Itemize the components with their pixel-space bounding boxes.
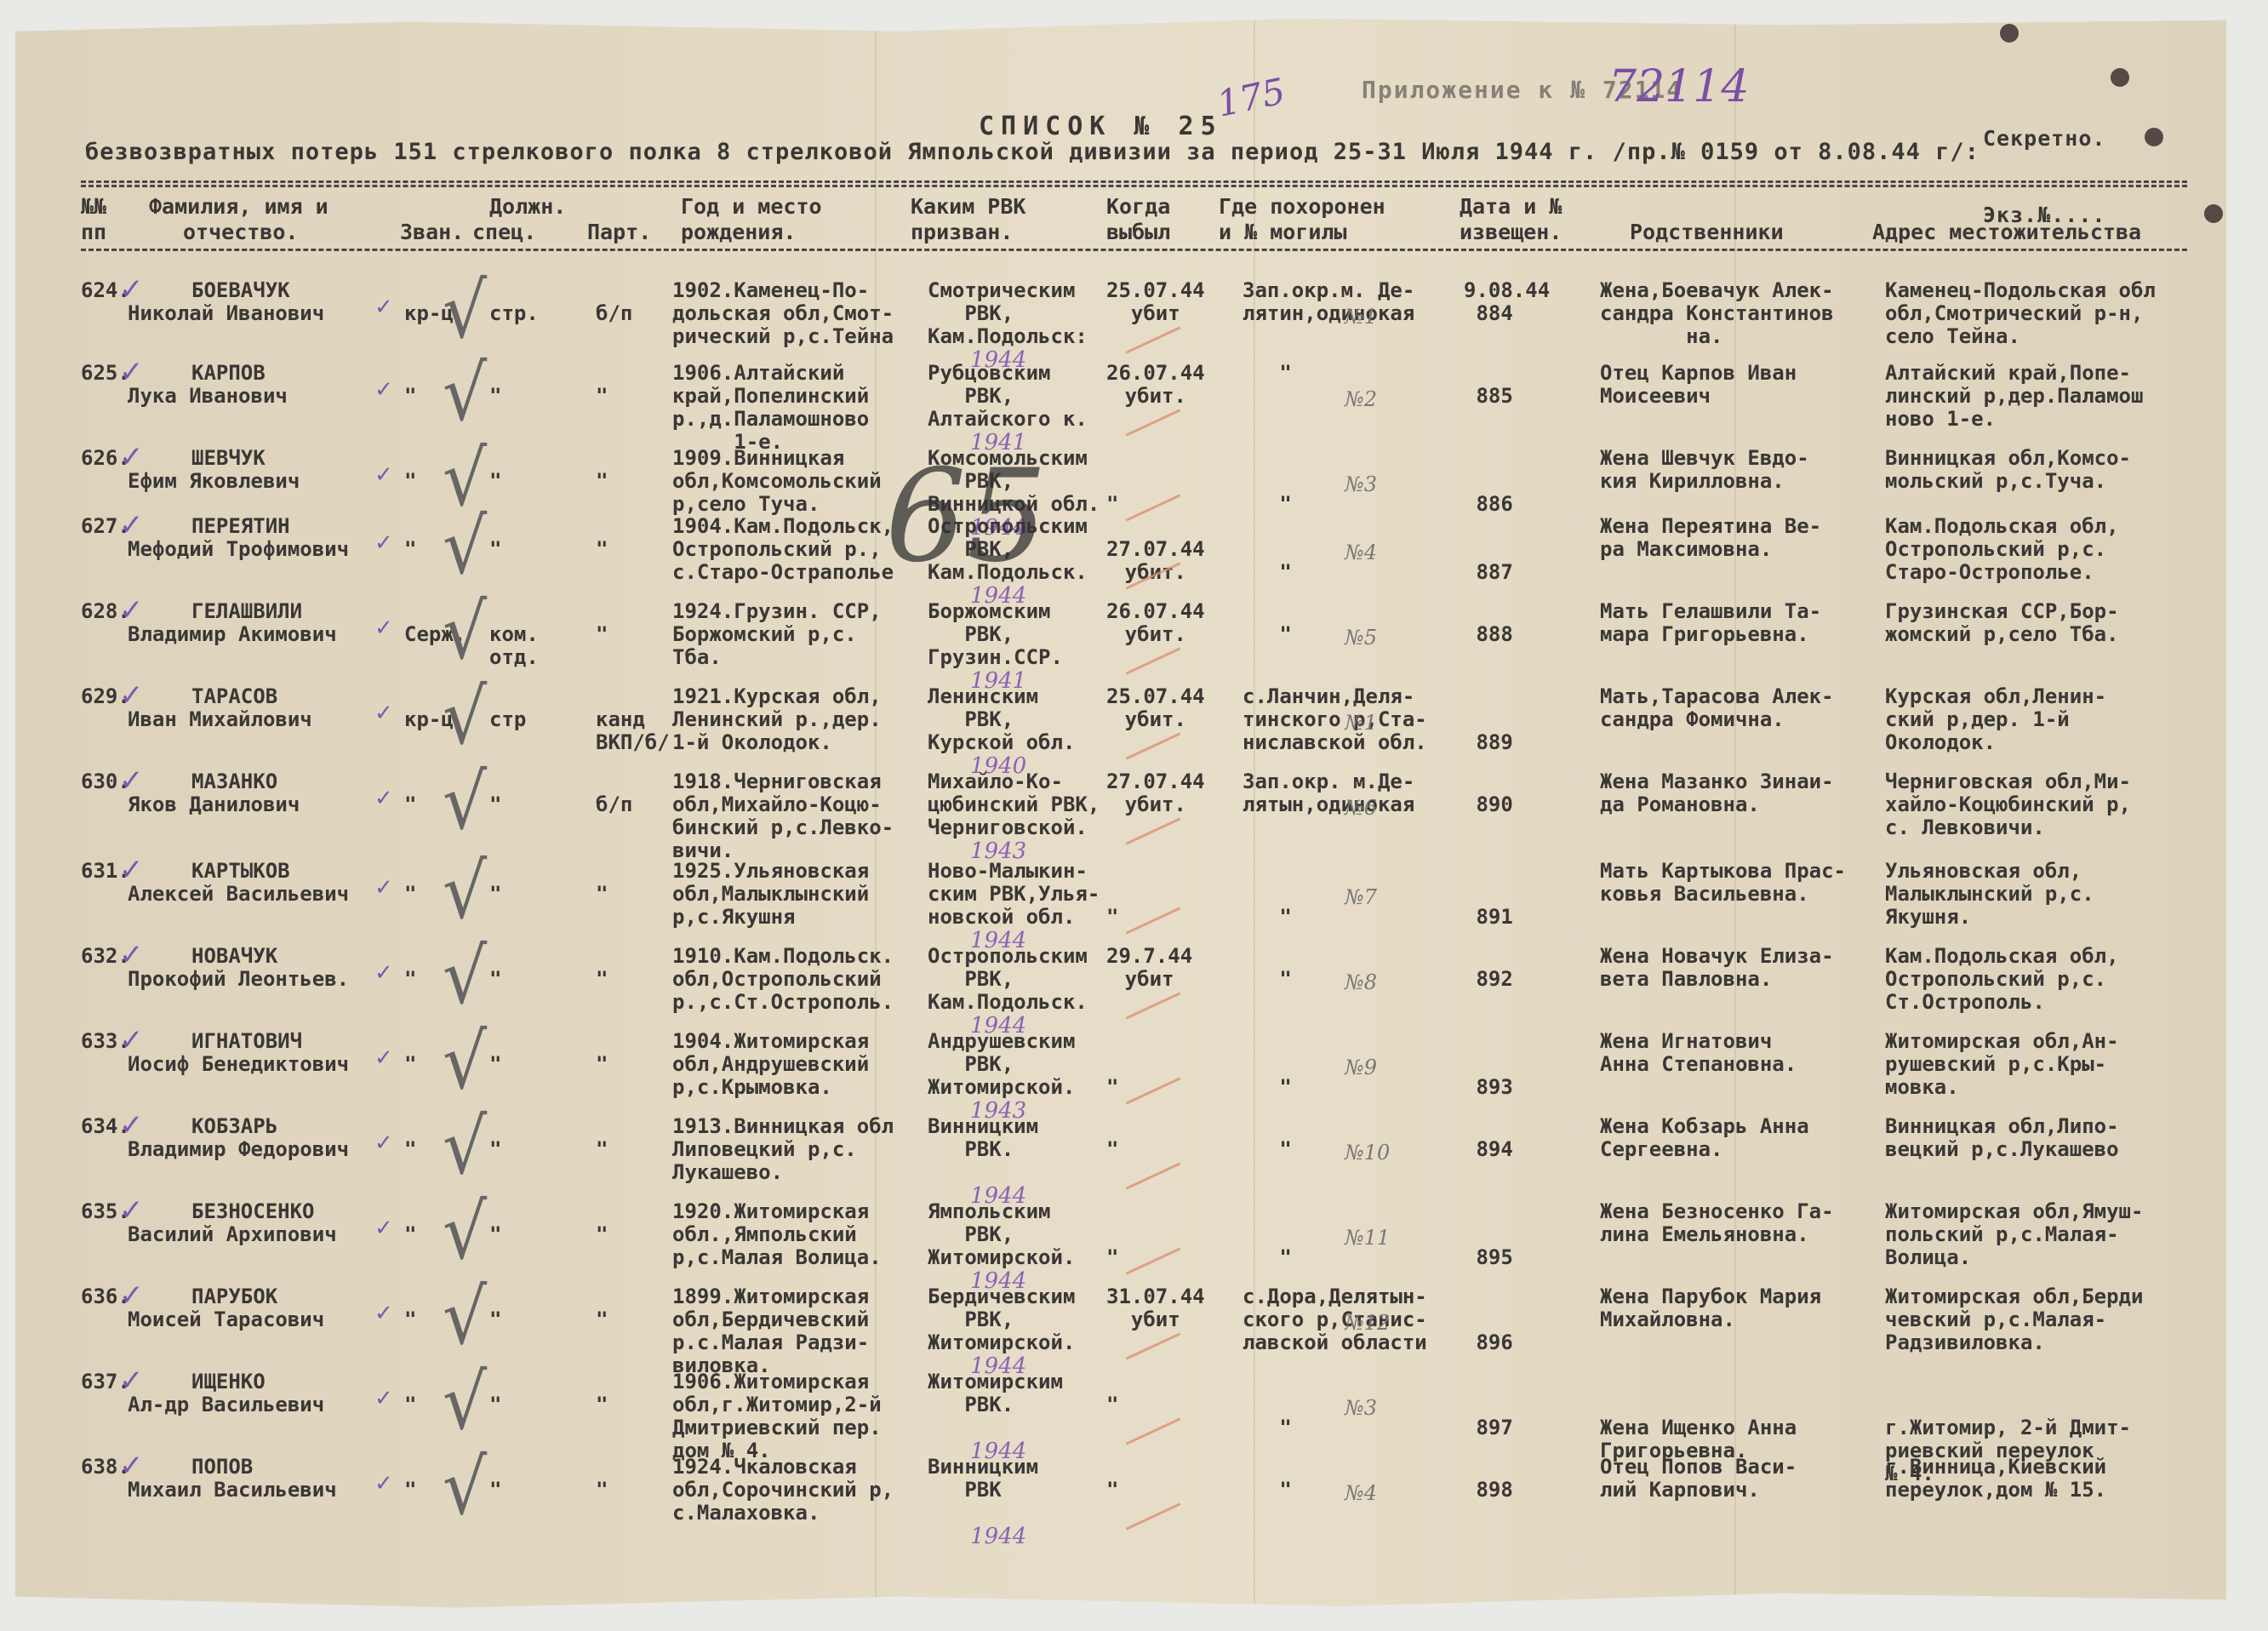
date-out: 26.07.44 убит. (1106, 362, 1205, 408)
col-rank: Зван. (400, 220, 464, 245)
party: " (596, 1138, 608, 1161)
large-check-mark-icon: √ (443, 587, 487, 677)
notification: 9.08.44 884 (1464, 279, 1550, 325)
table-row: 635.БЕЗНОСЕНКОВасилий Архипович"""1920.Ж… (0, 1200, 2268, 1285)
given-name: Мефодий Трофимович (128, 538, 349, 561)
large-check-mark-icon: √ (443, 672, 487, 762)
grave-number-note: №12 (1345, 1311, 1390, 1335)
burial-place: " (1243, 600, 1292, 646)
relatives: Жена Игнатович Анна Степановна. (1600, 1030, 1797, 1076)
address: Ульяновская обл, Малыклынский р,с. Якушн… (1885, 860, 2094, 929)
notification: 894 (1464, 1115, 1513, 1161)
date-out: 25.07.44 убит (1106, 279, 1205, 325)
conscription-office: Бердичевским РВК, Житомирской. (928, 1285, 1075, 1354)
large-check-mark-icon: √ (443, 1102, 487, 1192)
table-row: 633.ИГНАТОВИЧИосиф Бенедиктович"""1904.Ж… (0, 1030, 2268, 1115)
red-pencil-stroke (1126, 326, 1181, 353)
check-mark-icon: ✓ (119, 1023, 144, 1057)
grave-number-note: №9 (1345, 1056, 1377, 1079)
relatives: Жена Перeятина Ве- ра Максимовна. (1600, 515, 1821, 561)
red-pencil-stroke (1126, 817, 1181, 844)
grave-number-note: №4 (1345, 1481, 1377, 1505)
birth-info: 1904.Кам.Подольск, Остропольский р., с.С… (672, 515, 894, 584)
party: " (596, 1223, 608, 1246)
red-pencil-stroke (1126, 732, 1181, 759)
red-pencil-stroke (1126, 1162, 1181, 1189)
check-mark-icon: ✓ (119, 853, 144, 887)
ink-blot (2111, 68, 2129, 87)
given-name: Моисей Тарасович (128, 1308, 324, 1331)
date-out: 27.07.44 убит. (1106, 770, 1205, 816)
grave-number-note: №11 (1345, 1226, 1390, 1250)
grave-number-note: №8 (1345, 970, 1377, 994)
grave-number-note: №4 (1345, 541, 1377, 564)
red-pencil-stroke (1126, 1502, 1181, 1530)
table-row: 638.ПОПОВМихаил Васильевич"""1924.Чкалов… (0, 1456, 2268, 1541)
given-name: Михаил Васильевич (128, 1479, 337, 1502)
check-mark-icon: ✓ (374, 1386, 393, 1411)
col-position: Должн.спец. (472, 194, 566, 245)
rank: " (404, 968, 416, 991)
party: б/п (596, 302, 632, 325)
check-mark-icon: ✓ (374, 786, 393, 811)
address: Грузинская ССР,Бор- жомский р,село Тба. (1885, 600, 2119, 646)
relatives: Жена Кобзарь Анна Сергеевна. (1600, 1115, 1809, 1161)
notification: 886 (1464, 447, 1513, 516)
col-address: Адрес местожительства (1872, 220, 2141, 245)
surname: ТАРАСОВ (191, 685, 277, 708)
large-check-mark-icon: √ (443, 932, 487, 1022)
grave-number-note: №5 (1345, 626, 1377, 650)
table-row: 630.МАЗАНКОЯков Данилович""б/п1918.Черни… (0, 770, 2268, 856)
address: Алтайский край,Попе- линский р,дер.Палам… (1885, 362, 2143, 431)
grave-number-note: №7 (1345, 885, 1377, 909)
red-pencil-stroke (1126, 1077, 1181, 1104)
check-mark-icon: ✓ (119, 272, 144, 306)
relatives: Мать Картыкова Прас- ковья Васильевна. (1600, 860, 1846, 906)
col-party: Парт. (587, 220, 651, 245)
table-row: 637.ИЩЕНКОАл-др Васильевич"""1906.Житоми… (0, 1371, 2268, 1456)
large-check-mark-icon: √ (443, 1443, 487, 1532)
surname: КАРПОВ (191, 362, 266, 385)
check-mark-icon: ✓ (374, 1045, 393, 1071)
notification: 891 (1464, 860, 1513, 929)
given-name: Алексей Васильевич (128, 883, 349, 906)
check-mark-icon: ✓ (374, 530, 393, 556)
col-notified: Дата и №извещен. (1460, 194, 1562, 245)
surname: ПЕРЕЯТИН (191, 515, 290, 538)
surname: ИГНАТОВИЧ (191, 1030, 302, 1053)
table-row: 631.КАРТЫКОВАлексей Васильевич"""1925.Ул… (0, 860, 2268, 945)
check-mark-icon: ✓ (119, 355, 144, 389)
table-row: 624.БОЕВАЧУКНиколай Ивановичкр-цстр.б/п1… (0, 279, 2268, 364)
specialty: " (489, 538, 501, 561)
red-pencil-stroke (1126, 1332, 1181, 1359)
table-row: 629.ТАРАСОВИван Михайловичкр-цстрканд ВК… (0, 685, 2268, 770)
red-pencil-stroke (1126, 992, 1181, 1019)
birth-info: 1906.Алтайский край,Попелинский р.,д.Пал… (672, 362, 869, 454)
ink-blot (2000, 24, 2019, 43)
ink-blot (2145, 128, 2163, 146)
relatives: Жена Шевчук Евдо- кия Кирилловна. (1600, 447, 1809, 493)
header-rule-top (81, 180, 2187, 183)
large-check-mark-icon: √ (443, 1187, 487, 1277)
party: " (596, 1053, 608, 1076)
birth-info: 1902.Каменец-По- дольская обл,Смот- риче… (672, 279, 894, 348)
check-mark-icon: ✓ (119, 1193, 144, 1228)
check-mark-icon: ✓ (119, 593, 144, 627)
table-row: 625.КАРПОВЛука Иванович"""1906.Алтайский… (0, 362, 2268, 447)
burial-place: " (1243, 1115, 1292, 1161)
col-rvk: Каким РВКпризван. (911, 194, 1025, 245)
burial-place: " (1243, 945, 1292, 991)
check-mark-icon: ✓ (374, 960, 393, 986)
burial-place: " (1243, 1030, 1292, 1099)
given-name: Ефим Яковлевич (128, 470, 300, 493)
surname: КАРТЫКОВ (191, 860, 290, 883)
birth-info: 1924.Чкаловская обл,Сорочинский р, с.Мал… (672, 1456, 894, 1525)
notification: 896 (1464, 1285, 1513, 1354)
document-title: СПИСОК № 25 (979, 115, 1223, 139)
specialty: " (489, 1308, 501, 1331)
grave-number-note: №3 (1345, 472, 1377, 496)
party: " (596, 1479, 608, 1502)
secrecy-text: Секретно. (1983, 126, 2105, 152)
party: " (596, 470, 608, 493)
date-out: " (1106, 1115, 1118, 1161)
date-out: " (1106, 1371, 1118, 1416)
date-out: 25.07.44 убит. (1106, 685, 1205, 731)
specialty: " (489, 470, 501, 493)
date-out: 29.7.44 убит (1106, 945, 1192, 991)
rank: " (404, 1394, 416, 1416)
check-mark-icon: ✓ (374, 1471, 393, 1497)
handwritten-stamp-number: 72114 (1608, 61, 1749, 112)
check-mark-icon: ✓ (119, 764, 144, 798)
surname: НОВАЧУК (191, 945, 277, 968)
notification: 895 (1464, 1200, 1513, 1269)
birth-info: 1913.Винницкая обл Липовецкий р,с. Лукаш… (672, 1115, 894, 1184)
conscription-office: Рубцовским РВК, Алтайского к. (928, 362, 1088, 431)
burial-place: Зап.окр. м.Де- лятын,одинокая (1243, 770, 1414, 816)
given-name: Прокофий Леонтьев. (128, 968, 349, 991)
check-mark-icon: ✓ (374, 701, 393, 726)
ink-blot (2204, 204, 2223, 223)
given-name: Иосиф Бенедиктович (128, 1053, 349, 1076)
burial-place: " (1243, 1371, 1292, 1439)
rank: " (404, 1223, 416, 1246)
notification: 898 (1464, 1456, 1513, 1502)
surname: ГЕЛАШВИЛИ (191, 600, 302, 623)
address: Кам.Подольская обл, Остропольский р,с. С… (1885, 945, 2119, 1014)
rank: " (404, 883, 416, 906)
conscription-office: Винницким РВК (928, 1456, 1038, 1502)
conscription-office: Михайло-Ко- цюбинский РВК, Черниговской. (928, 770, 1100, 839)
burial-place: Зап.окр.м. Де- лятин,одинокая (1243, 279, 1414, 325)
large-check-mark-icon: √ (443, 1017, 487, 1107)
birth-info: 1899.Житомирская обл,Бердичевский р.с.Ма… (672, 1285, 869, 1377)
specialty: " (489, 1053, 501, 1076)
burial-place: с.Дора,Делятын- ского р,Станис- лавской … (1243, 1285, 1427, 1354)
notification: 892 (1464, 945, 1513, 991)
notification: 889 (1464, 685, 1513, 754)
check-mark-icon: ✓ (374, 462, 393, 488)
check-mark-icon: ✓ (119, 678, 144, 712)
given-name: Ал-др Васильевич (128, 1394, 324, 1416)
address: Житомирская обл,Ямуш- польский р,с.Малая… (1885, 1200, 2143, 1269)
red-pencil-stroke (1126, 1247, 1181, 1274)
party: " (596, 385, 608, 408)
given-name: Владимир Акимович (128, 623, 337, 646)
document-subtitle: безвозвратных потерь 151 стрелкового пол… (85, 140, 1980, 164)
check-mark-icon: ✓ (119, 1279, 144, 1313)
col-when: Когдавыбыл (1106, 194, 1170, 245)
specialty: " (489, 1138, 501, 1161)
address: Житомирская обл,Ан- рушевский р,с.Кры- м… (1885, 1030, 2119, 1099)
table-row: 628.ГЕЛАШВИЛИВладимир АкимовичСерж.ком. … (0, 600, 2268, 685)
party: " (596, 1308, 608, 1331)
birth-info: 1921.Курская обл, Ленинский р.,дер. 1-й … (672, 685, 882, 754)
large-check-mark-icon: √ (443, 847, 487, 936)
address: Винницкая обл,Липо- вецкий р,с.Лукашево (1885, 1115, 2119, 1161)
check-mark-icon: ✓ (374, 377, 393, 403)
given-name: Владимир Федорович (128, 1138, 349, 1161)
given-name: Василий Архипович (128, 1223, 337, 1246)
notification: 888 (1464, 600, 1513, 646)
specialty: " (489, 1394, 501, 1416)
specialty: " (489, 1479, 501, 1502)
surname: МАЗАНКО (191, 770, 277, 793)
table-row: 632.НОВАЧУКПрокофий Леонтьев."""1910.Кам… (0, 945, 2268, 1030)
check-mark-icon: ✓ (119, 938, 144, 972)
address: Черниговская обл,Ми- хайло-Коцюбинский р… (1885, 770, 2131, 839)
birth-info: 1909.Винницкая обл,Комсомольский р,село … (672, 447, 882, 516)
check-mark-icon: ✓ (119, 1449, 144, 1483)
rank: " (404, 538, 416, 561)
rank: " (404, 1479, 416, 1502)
conscription-office: Смотрическим РВК, Кам.Подольск: (928, 279, 1088, 348)
check-mark-icon: ✓ (119, 1108, 144, 1142)
check-mark-icon: ✓ (374, 1216, 393, 1241)
relatives: Жена Парубок Мария Михайловна. (1600, 1285, 1821, 1331)
burial-place: с.Ланчин,Деля- тинского р,Ста- ниславско… (1243, 685, 1427, 754)
date-out: " (1106, 447, 1118, 516)
burial-place: " (1243, 362, 1292, 385)
date-out: " (1106, 860, 1118, 929)
conscription-office: Андрушевским РВК, Житомирской. (928, 1030, 1075, 1099)
rank: " (404, 470, 416, 493)
specialty: " (489, 385, 501, 408)
large-check-mark-icon: √ (443, 349, 487, 438)
check-mark-icon: ✓ (119, 440, 144, 474)
grave-number-note: №2 (1345, 387, 1377, 411)
surname: БЕЗНОСЕНКО (191, 1200, 315, 1223)
notification: 893 (1464, 1030, 1513, 1099)
relatives: Отец Попов Васи- лий Карпович. (1600, 1456, 1797, 1502)
handwritten-year: 1944 (970, 1524, 1026, 1549)
date-out: 26.07.44 убит. (1106, 600, 1205, 646)
notification: 887 (1464, 515, 1513, 584)
conscription-office: Ямпольским РВК, Житомирской. (928, 1200, 1075, 1269)
col-birth: Год и месторождения. (681, 194, 822, 245)
check-mark-icon: ✓ (374, 615, 393, 641)
given-name: Яков Данилович (128, 793, 300, 816)
burial-place: " (1243, 447, 1292, 516)
address: Каменец-Подольская обл обл,Смотрический … (1885, 279, 2156, 348)
grave-number-note: №3 (1345, 1396, 1377, 1420)
conscription-office: Боржомским РВК, Грузин.ССР. (928, 600, 1063, 669)
birth-info: 1920.Житомирская обл.,Ямпольский р,с.Мал… (672, 1200, 882, 1269)
check-mark-icon: ✓ (119, 1364, 144, 1398)
rank: " (404, 1138, 416, 1161)
specialty: " (489, 968, 501, 991)
surname: БОЕВАЧУК (191, 279, 290, 302)
notification: 890 (1464, 770, 1513, 816)
header-rule-top-2 (81, 185, 2187, 187)
given-name: Николай Иванович (128, 302, 324, 325)
table-row: 636.ПАРУБОКМоисей Тарасович"""1899.Житом… (0, 1285, 2268, 1371)
surname: ПАРУБОК (191, 1285, 277, 1308)
red-pencil-stroke (1126, 1417, 1181, 1445)
large-check-mark-icon: √ (443, 502, 487, 592)
burial-place: " (1243, 860, 1292, 929)
relatives: Жена Мазанко Зинаи- да Романовна. (1600, 770, 1834, 816)
surname: ИЩЕНКО (191, 1371, 266, 1394)
date-out: " (1106, 1200, 1118, 1269)
given-name: Иван Михайлович (128, 708, 312, 731)
burial-place: " (1243, 515, 1292, 584)
surname: ШЕВЧУК (191, 447, 266, 470)
large-check-mark-icon: √ (443, 1273, 487, 1362)
birth-info: 1918.Черниговская обл,Михайло-Коцю- бинс… (672, 770, 894, 862)
address: Винницкая обл,Комсо- мольский р,с.Туча. (1885, 447, 2131, 493)
party: " (596, 1394, 608, 1416)
relatives: Мать,Тарасова Алек- сандра Фомична. (1600, 685, 1834, 731)
check-mark-icon: ✓ (119, 508, 144, 542)
party: " (596, 883, 608, 906)
conscription-office: Ново-Малыкин- ским РВК,Улья- новской обл… (928, 860, 1100, 929)
conscription-office: Ленинским РВК, Курской обл. (928, 685, 1075, 754)
given-name: Лука Иванович (128, 385, 288, 408)
large-check-mark-icon: √ (443, 758, 487, 847)
birth-info: 1910.Кам.Подольск. обл,Остропольский р.,… (672, 945, 894, 1014)
check-mark-icon: ✓ (374, 295, 393, 320)
header-rule-bottom (81, 249, 2187, 251)
relatives: Жена Новачук Елиза- вета Павловна. (1600, 945, 1834, 991)
grave-number-note: №10 (1345, 1141, 1390, 1165)
birth-info: 1924.Грузин. ССР, Боржомский р,с. Тба. (672, 600, 882, 669)
grave-number-note: №1 (1345, 305, 1377, 329)
birth-info: 1906.Житомирская обл,г.Житомир,2-й Дмитр… (672, 1371, 882, 1462)
notification: 897 (1464, 1371, 1513, 1439)
large-check-mark-icon: √ (443, 266, 487, 356)
rank: " (404, 385, 416, 408)
party: " (596, 968, 608, 991)
pencil-mark: 65 (885, 443, 1048, 591)
col-buried: Где похоронени № могилы (1219, 194, 1385, 245)
address: Житомирская обл,Берди чевский р,с.Малая-… (1885, 1285, 2143, 1354)
birth-info: 1925.Ульяновская обл,Малыклынский р,с.Як… (672, 860, 869, 929)
check-mark-icon: ✓ (374, 875, 393, 901)
address: Курская обл,Ленин- ский р,дер. 1-й Около… (1885, 685, 2106, 754)
burial-place: " (1243, 1456, 1292, 1502)
conscription-office: Винницким РВК. (928, 1115, 1038, 1161)
date-out: " (1106, 1456, 1118, 1502)
party: " (596, 623, 608, 646)
specialty: ком. отд. (489, 623, 539, 669)
address: Кам.Подольская обл, Остропольский р,с. С… (1885, 515, 2119, 584)
col-num: №№пп (81, 194, 106, 245)
address: г.Винница,Киевский переулок,дом № 15. (1885, 1456, 2106, 1502)
relatives: Мать Гелашвили Та- мара Григорьевна. (1600, 600, 1821, 646)
table-row: 634.КОБЗАРЬВладимир Федорович"""1913.Вин… (0, 1115, 2268, 1200)
red-pencil-stroke (1126, 647, 1181, 674)
specialty: " (489, 1223, 501, 1246)
specialty: стр. (489, 302, 539, 325)
party: канд ВКП/б/ (596, 708, 670, 754)
party: б/п (596, 793, 632, 816)
date-out: 31.07.44 убит (1106, 1285, 1205, 1331)
birth-info: 1904.Житомирская обл,Андрушевский р,с.Кр… (672, 1030, 869, 1099)
relatives: Жена Безносенко Га- лина Емельяновна. (1600, 1200, 1834, 1246)
grave-number-note: №1 (1345, 711, 1377, 735)
date-out: " (1106, 1030, 1118, 1099)
col-relatives: Родственники (1630, 220, 1784, 245)
check-mark-icon: ✓ (374, 1130, 393, 1156)
rank: " (404, 1308, 416, 1331)
surname: КОБЗАРЬ (191, 1115, 277, 1138)
rank: " (404, 1053, 416, 1076)
check-mark-icon: ✓ (374, 1301, 393, 1326)
conscription-office: Остропольским РВК, Кам.Подольск. (928, 945, 1088, 1014)
relatives: Жена Ищенко Анна Григорьевна. (1600, 1371, 1797, 1462)
red-pencil-stroke (1126, 907, 1181, 934)
grave-number-note: №6 (1345, 796, 1377, 820)
conscription-office: Житомирским РВК. (928, 1371, 1063, 1416)
col-name: Фамилия, имя иотчество. (149, 194, 328, 245)
rank: " (404, 793, 416, 816)
red-pencil-stroke (1126, 409, 1181, 436)
relatives: Отец Карпов Иван Моисеевич (1600, 362, 1797, 408)
relatives: Жена,Боевачук Алек- сандра Константинов … (1600, 279, 1834, 348)
specialty: " (489, 793, 501, 816)
large-check-mark-icon: √ (443, 1358, 487, 1447)
surname: ПОПОВ (191, 1456, 253, 1479)
burial-place: " (1243, 1200, 1292, 1269)
specialty: " (489, 883, 501, 906)
table-row: 627.ПЕРЕЯТИНМефодий Трофимович"""1904.Ка… (0, 515, 2268, 600)
notification: 885 (1464, 362, 1513, 408)
specialty: стр (489, 708, 526, 731)
party: " (596, 538, 608, 561)
